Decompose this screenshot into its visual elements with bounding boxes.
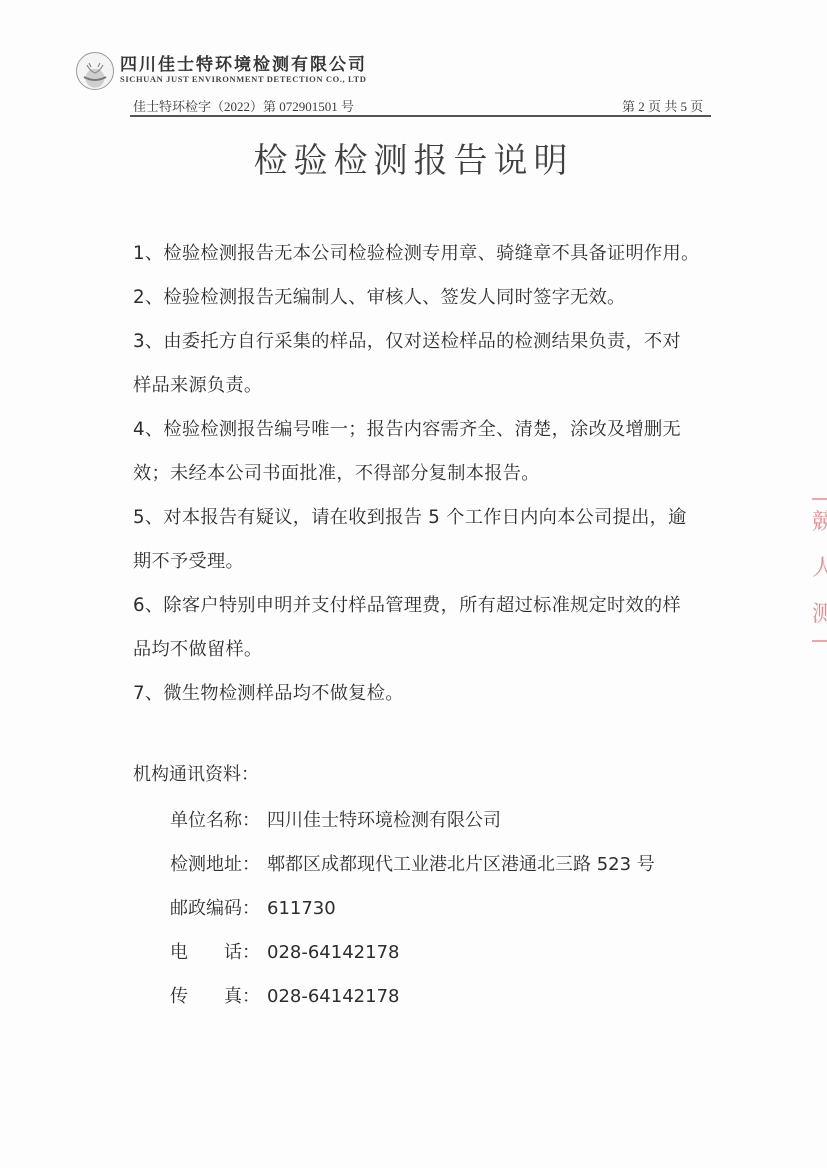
clause-line: 5、对本报告有疑议，请在收到报告 5 个工作日内向本公司提出，逾 [133,496,723,540]
clause-line: 品均不做留样。 [133,628,723,672]
clause-3: 3、由委托方自行采集的样品，仅对送检样品的检测结果负责，不对 样品来源负责。 [133,320,723,408]
clause-line: 期不予受理。 [133,540,723,584]
clause-6: 6、除客户特别申明并支付样品管理费，所有超过标准规定时效的样 品均不做留样。 [133,584,723,672]
report-number: 佳士特环检字（2022）第 072901501 号 [133,96,354,115]
clause-5: 5、对本报告有疑议，请在收到报告 5 个工作日内向本公司提出，逾 期不予受理。 [133,496,723,584]
clause-line: 7、微生物检测样品均不做复检。 [133,672,723,716]
company-logo-icon [76,52,114,90]
seal-char: 人 [812,546,827,592]
seam-seal-stamp: 競 人 测 [812,498,827,642]
contact-value: 028-64142178 [267,986,399,1007]
company-name-cn: 四川佳士特环境检测有限公司 [120,50,367,75]
clause-line: 样品来源负责。 [133,364,723,408]
clause-4: 4、检验检测报告编号唯一；报告内容需齐全、清楚，涂改及增删无 效；未经本公司书面… [133,408,723,496]
contact-row-fax: 传 真：028-64142178 [170,982,399,1008]
contact-row-phone: 电 话：028-64142178 [170,938,399,964]
company-name-en: SICHUAN JUST ENVIRONMENT DETECTION CO., … [120,74,366,84]
seal-char: 测 [812,592,827,638]
clause-line: 2、检验检测报告无编制人、审核人、签发人同时签字无效。 [133,276,723,320]
contact-label: 电 话： [170,938,267,964]
contact-row-postcode: 邮政编码：611730 [170,894,336,920]
clause-1: 1、检验检测报告无本公司检验检测专用章、骑缝章不具备证明作用。 [133,232,723,276]
page-indicator: 第 2 页 共 5 页 [622,96,703,115]
contact-label: 检测地址： [170,850,267,876]
clause-line: 4、检验检测报告编号唯一；报告内容需齐全、清楚，涂改及增删无 [133,408,723,452]
clause-line: 1、检验检测报告无本公司检验检测专用章、骑缝章不具备证明作用。 [133,232,723,276]
contact-heading: 机构通讯资料： [133,760,259,786]
clause-7: 7、微生物检测样品均不做复检。 [133,672,723,716]
contact-label: 传 真： [170,982,267,1008]
clause-2: 2、检验检测报告无编制人、审核人、签发人同时签字无效。 [133,276,723,320]
contact-label: 单位名称： [170,806,267,832]
clause-line: 效；未经本公司书面批准，不得部分复制本报告。 [133,452,723,496]
contact-row-address: 检测地址：郫都区成都现代工业港北片区港通北三路 523 号 [170,850,655,876]
contact-row-company: 单位名称：四川佳士特环境检测有限公司 [170,806,501,832]
contact-value: 028-64142178 [267,942,399,963]
seal-char: 競 [812,500,827,546]
contact-value: 郫都区成都现代工业港北片区港通北三路 523 号 [267,854,655,875]
contact-value: 四川佳士特环境检测有限公司 [267,810,501,831]
contact-label: 邮政编码： [170,894,267,920]
clause-line: 6、除客户特别申明并支付样品管理费，所有超过标准规定时效的样 [133,584,723,628]
page-title: 检验检测报告说明 [0,133,827,182]
contact-value: 611730 [267,898,336,919]
clause-line: 3、由委托方自行采集的样品，仅对送检样品的检测结果负责，不对 [133,320,723,364]
header-divider [130,115,711,117]
